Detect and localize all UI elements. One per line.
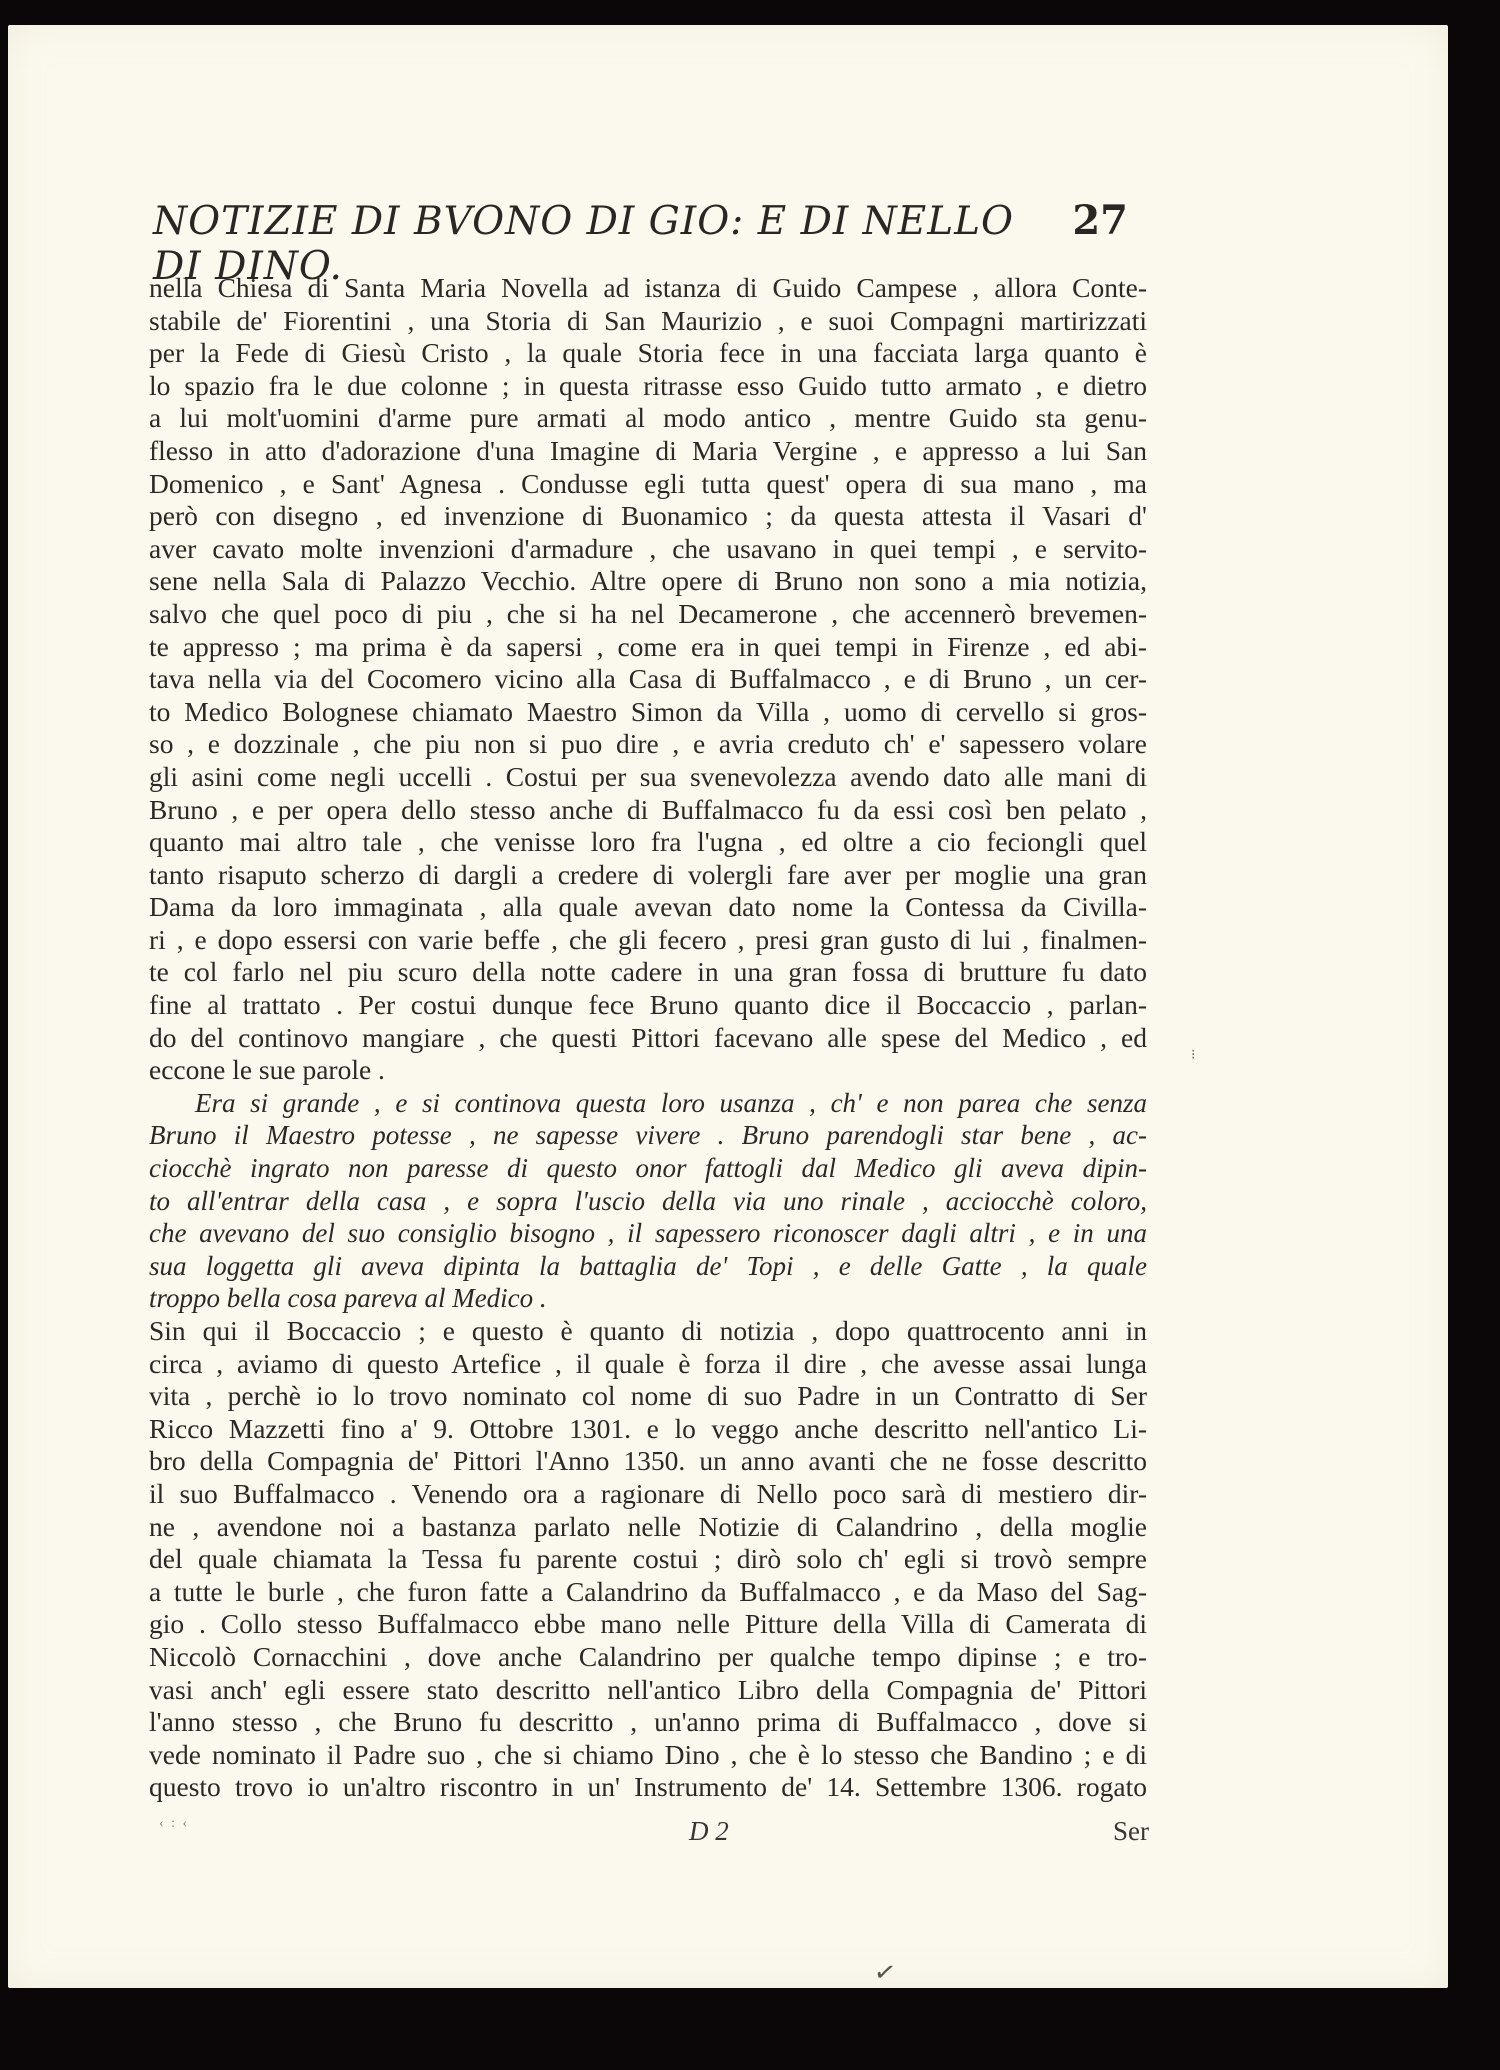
text-line: aver cavato molte invenzioni d'armadure … — [149, 533, 1147, 566]
text-line: il suo Buffalmacco . Venendo ora a ragio… — [149, 1478, 1147, 1511]
text-line: salvo che quel poco di piu , che si ha n… — [149, 598, 1147, 631]
text-line: Bruno , e per opera dello stesso anche d… — [149, 794, 1147, 827]
text-line: eccone le sue parole . — [149, 1054, 1147, 1087]
text-line: tava nella via del Cocomero vicino alla … — [149, 663, 1147, 696]
text-line: bro della Compagnia de' Pittori l'Anno 1… — [149, 1445, 1147, 1478]
quotation-line: Bruno il Maestro potesse , ne sapesse vi… — [149, 1119, 1147, 1152]
text-line: per la Fede di Giesù Cristo , la quale S… — [149, 337, 1147, 370]
quotation-line: Era si grande , e si continova questa lo… — [149, 1087, 1147, 1120]
text-line: vede nominato il Padre suo , che si chia… — [149, 1739, 1147, 1772]
text-line: ri , e dopo essersi con varie beffe , ch… — [149, 924, 1147, 957]
quotation-line: to all'entrar della casa , e sopra l'usc… — [149, 1185, 1147, 1218]
text-line: vita , perchè io lo trovo nominato col n… — [149, 1380, 1147, 1413]
text-line: del quale chiamata la Tessa fu parente c… — [149, 1543, 1147, 1576]
page-number: 27 — [1072, 197, 1128, 244]
boccaccio-quotation: Era si grande , e si continova questa lo… — [149, 1087, 1147, 1315]
text-line: tanto risaputo scherzo di dargli a crede… — [149, 859, 1147, 892]
paragraph-2: Sin qui il Boccaccio ; e questo è quanto… — [149, 1315, 1147, 1804]
text-line: do del continovo mangiare , che questi P… — [149, 1022, 1147, 1055]
text-line: circa , aviamo di questo Artefice , il q… — [149, 1348, 1147, 1381]
text-line: l'anno stesso , che Bruno fu descritto ,… — [149, 1706, 1147, 1739]
quotation-line: sua loggetta gli aveva dipinta la battag… — [149, 1250, 1147, 1283]
text-line: stabile de' Fiorentini , una Storia di S… — [149, 305, 1147, 338]
text-line: Dama da loro immaginata , alla quale ave… — [149, 891, 1147, 924]
text-line: sene nella Sala di Palazzo Vecchio. Altr… — [149, 565, 1147, 598]
text-line: so , e dozzinale , che piu non si puo di… — [149, 728, 1147, 761]
quotation-line: ciocchè ingrato non paresse di questo on… — [149, 1152, 1147, 1185]
text-line: quanto mai altro tale , che venisse loro… — [149, 826, 1147, 859]
text-line: te appresso ; ma prima è da sapersi , co… — [149, 631, 1147, 664]
signature-mark: D 2 — [689, 1816, 729, 1847]
text-line: gio . Collo stesso Buffalmacco ebbe mano… — [149, 1608, 1147, 1641]
body-text: nella Chiesa di Santa Maria Novella ad i… — [149, 272, 1147, 1804]
text-line: ne , avendone noi a bastanza parlato nel… — [149, 1511, 1147, 1544]
book-page: NOTIZIE DI BVONO DI GIO: E DI NELLO DI D… — [8, 25, 1448, 1988]
text-line: Domenico , e Sant' Agnesa . Condusse egl… — [149, 468, 1147, 501]
text-line: vasi anch' egli essere stato descritto n… — [149, 1674, 1147, 1707]
text-line: Niccolò Cornacchini , dove anche Calandr… — [149, 1641, 1147, 1674]
paragraph-1: nella Chiesa di Santa Maria Novella ad i… — [149, 272, 1147, 1087]
text-line: fine al trattato . Per costui dunque fec… — [149, 989, 1147, 1022]
text-line: lo spazio fra le due colonne ; in questa… — [149, 370, 1147, 403]
text-line: però con disegno , ed invenzione di Buon… — [149, 500, 1147, 533]
text-line: questo trovo io un'altro riscontro in un… — [149, 1771, 1147, 1804]
text-line: flesso in atto d'adorazione d'una Imagin… — [149, 435, 1147, 468]
text-line: gli asini come negli uccelli . Costui pe… — [149, 761, 1147, 794]
text-line: te col farlo nel piu scuro della notte c… — [149, 956, 1147, 989]
quotation-line: che avevano del suo consiglio bisogno , … — [149, 1217, 1147, 1250]
margin-ink-mark: ⁝ — [1191, 1047, 1195, 1063]
text-line: Sin qui il Boccaccio ; e questo è quanto… — [149, 1315, 1147, 1348]
text-line: to Medico Bolognese chiamato Maestro Sim… — [149, 696, 1147, 729]
quotation-line: troppo bella cosa pareva al Medico . — [149, 1282, 1147, 1315]
text-line: nella Chiesa di Santa Maria Novella ad i… — [149, 272, 1147, 305]
text-line: a tutte le burle , che furon fatte a Cal… — [149, 1576, 1147, 1609]
catchword: Ser — [1113, 1816, 1149, 1847]
footer-ornament: ‹ : ‹ — [159, 1816, 189, 1832]
text-line: Ricco Mazzetti fino a' 9. Ottobre 1301. … — [149, 1413, 1147, 1446]
text-line: a lui molt'uomini d'arme pure armati al … — [149, 402, 1147, 435]
